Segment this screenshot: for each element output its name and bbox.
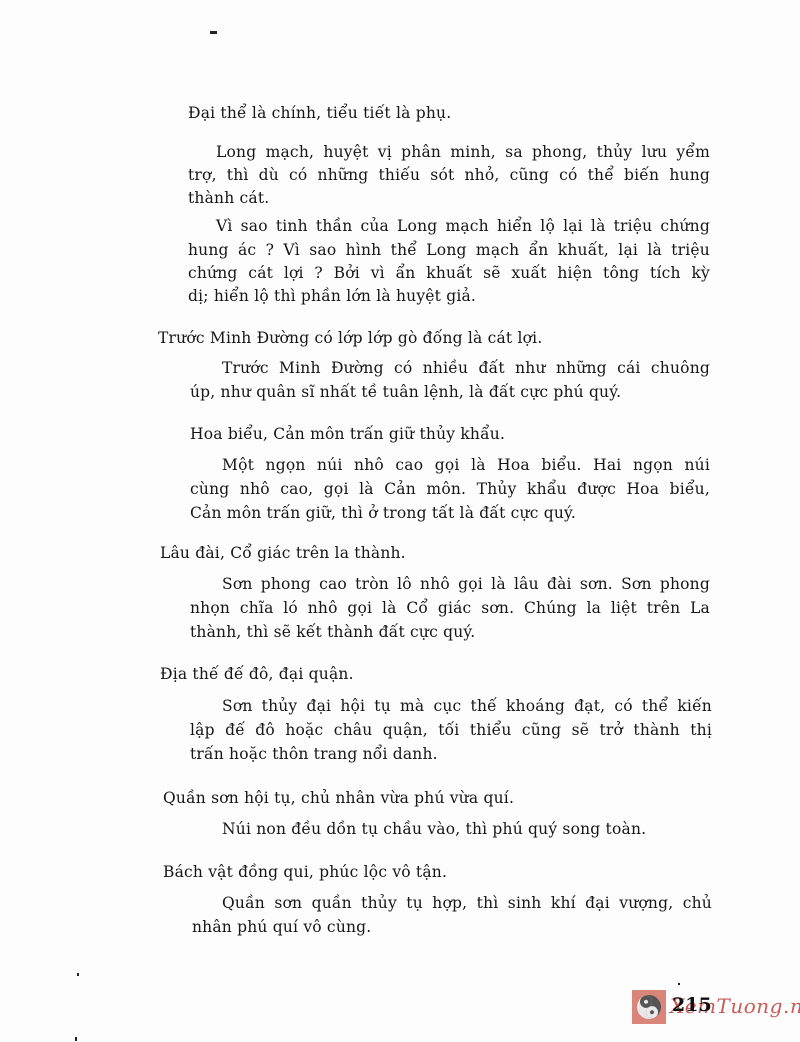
scan-speck [75,1037,77,1041]
paragraph-line: trấn hoặc thôn trang nổi danh. [190,747,438,763]
section-heading: Hoa biểu, Cản môn trấn giữ thủy khẩu. [190,427,505,443]
paragraph-line: Vì sao tinh thần của Long mạch hiển lộ l… [216,219,710,235]
paragraph-line: Cản môn trấn giữ, thì ở trong tất là đất… [190,506,576,522]
paragraph-line: Quần sơn quần thủy tụ hợp, thì sinh khí … [222,896,712,912]
paragraph-line: chứng cát lợi ? Bởi vì ẩn khuất sẽ xuất … [188,266,710,282]
scan-speck [77,973,79,976]
scan-speck [678,983,680,985]
paragraph-line: Núi non đều dồn tụ chầu vào, thì phú quý… [222,822,646,838]
watermark-logo: XemTuong.net [632,990,797,1024]
section-heading: Lâu đài, Cổ giác trên la thành. [160,546,406,562]
scanned-book-page: Đại thể là chính, tiểu tiết là phụ. Long… [0,0,800,1042]
section-heading: Trước Minh Đường có lớp lớp gò đống là c… [158,331,542,347]
paragraph-line: Sơn thủy đại hội tụ mà cục thế khoáng đạ… [222,699,712,715]
page-number: 215 [672,994,712,1016]
paragraph-line: lập đế đô hoặc châu quận, tối thiểu cũng… [190,723,712,739]
paragraph-line: trợ, thì dù có những thiếu sót nhỏ, cũng… [188,168,710,184]
section-heading: Địa thế đế đô, đại quận. [160,667,354,683]
paragraph-line: thành, thì sẽ kết thành đất cực quý. [190,625,475,641]
section-heading: Đại thể là chính, tiểu tiết là phụ. [188,106,451,122]
section-heading: Bách vật đồng qui, phúc lộc vô tận. [163,865,447,881]
scan-speck [210,31,217,34]
paragraph-line: dị; hiển lộ thì phần lớn là huyệt giả. [188,289,476,305]
paragraph-line: Sơn phong cao tròn lô nhô gọi là lâu đài… [222,577,710,593]
paragraph-line: Trước Minh Đường có nhiều đất như những … [222,361,710,377]
paragraph-line: Long mạch, huyệt vị phân minh, sa phong,… [216,145,710,161]
paragraph-line: thành cát. [188,191,269,207]
paragraph-line: cùng nhô cao, gọi là Cản môn. Thủy khẩu … [190,482,710,498]
paragraph-line: úp, như quân sĩ nhất tề tuân lệnh, là đấ… [190,385,621,401]
paragraph-line: nhân phú quí vô cùng. [192,920,371,936]
yin-yang-icon [632,990,666,1024]
paragraph-line: nhọn chĩa ló nhô gọi là Cổ giác sơn. Chú… [190,601,710,617]
section-heading: Quần sơn hội tụ, chủ nhân vừa phú vừa qu… [163,791,514,807]
paragraph-line: hung ác ? Vì sao hình thể Long mạch ẩn k… [188,243,710,259]
paragraph-line: Một ngọn núi nhô cao gọi là Hoa biểu. Ha… [222,458,710,474]
